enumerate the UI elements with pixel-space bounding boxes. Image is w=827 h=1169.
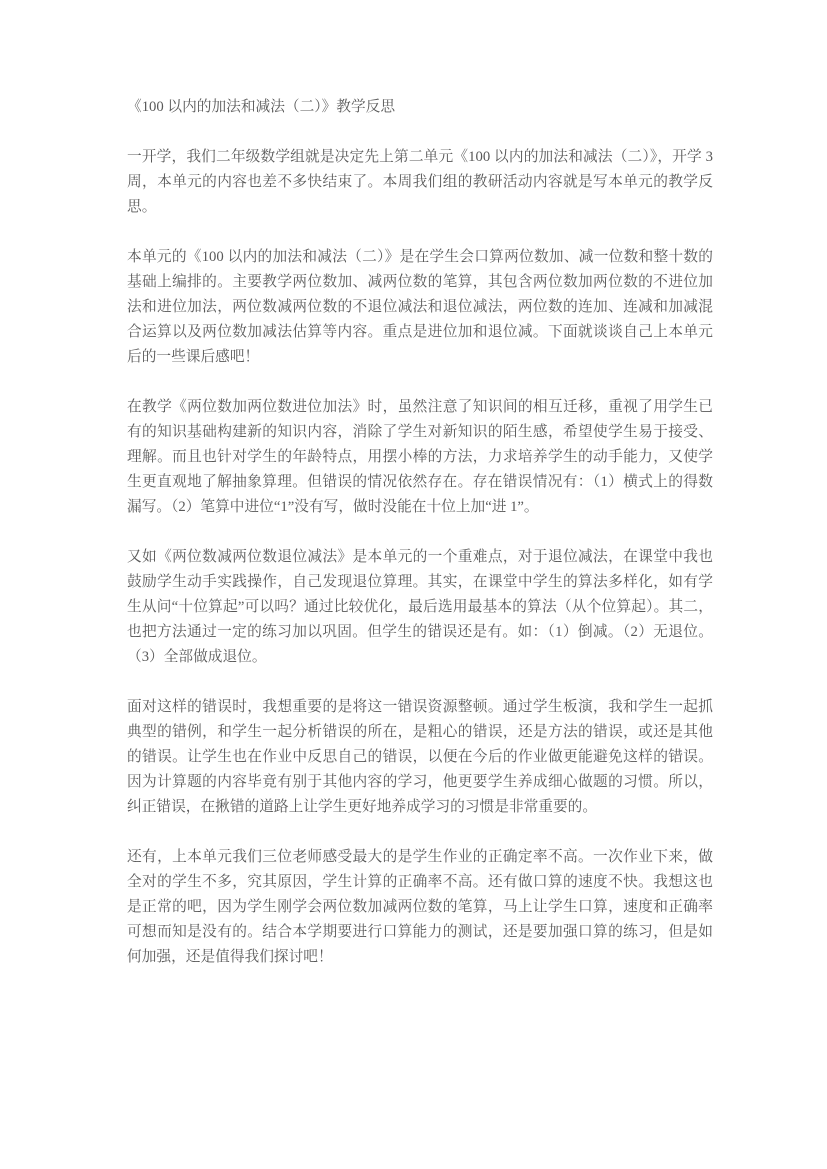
paragraph-intro: 一开学，我们二年级数学组就是决定先上第二单元《100 以内的加法和减法（二）》，…: [127, 145, 713, 220]
paragraph-borrow-subtraction: 又如《两位数减两位数退位减法》是本单元的一个重难点，对于退位减法，在课堂中我也鼓…: [127, 545, 713, 670]
paragraph-accuracy-reflection: 还有，上本单元我们三位老师感受最大的是学生作业的正确定率不高。一次作业下来，做全…: [127, 845, 713, 970]
document-title: 《100 以内的加法和减法（二）》教学反思: [127, 95, 713, 120]
paragraph-unit-overview: 本单元的《100 以内的加法和减法（二）》是在学生会口算两位数加、减一位数和整十…: [127, 245, 713, 370]
paragraph-carry-addition: 在教学《两位数加两位数进位加法》时，虽然注意了知识间的相互迁移，重视了用学生已有…: [127, 395, 713, 520]
paragraph-error-correction: 面对这样的错误时，我想重要的是将这一错误资源整顿。通过学生板演，我和学生一起抓典…: [127, 695, 713, 820]
document-page: 《100 以内的加法和减法（二）》教学反思 一开学，我们二年级数学组就是决定先上…: [127, 95, 713, 970]
